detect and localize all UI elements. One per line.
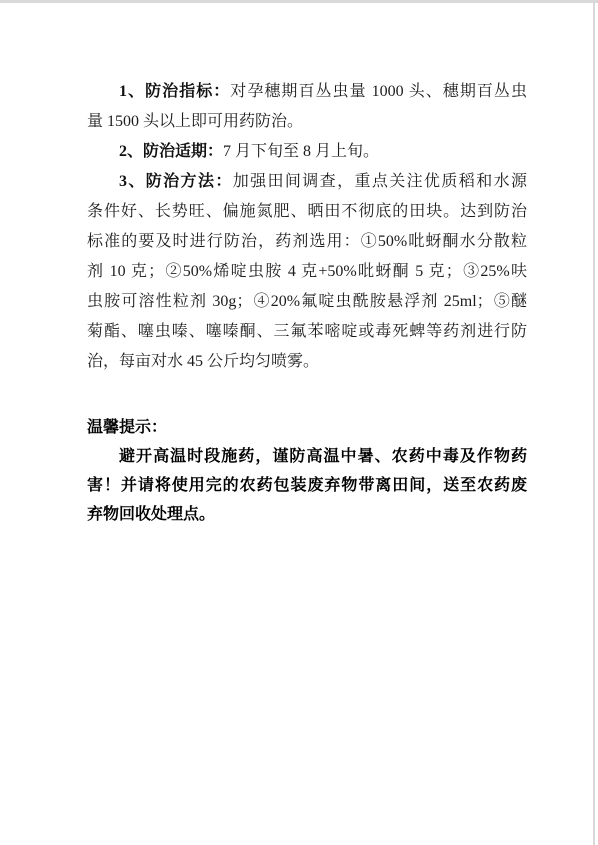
text-line: 弃物回收处理点。 bbox=[87, 500, 527, 529]
tips-body: 避开高温时段施药，谨防高温中暑、农药中毒及作物药害！并请将使用完的农药包装废弃物… bbox=[87, 442, 527, 529]
body-paragraphs: 1、防治指标：对孕穗期百丛虫量 1000 头、穗期百丛虫量 1500 头以上即可… bbox=[87, 77, 527, 377]
text-line: 1、防治指标：对孕穗期百丛虫量 1000 头、穗期百丛虫 bbox=[87, 77, 527, 107]
text-line: 避开高温时段施药，谨防高温中暑、农药中毒及作物药 bbox=[87, 442, 527, 471]
paragraph-heading: 2、防治适期： bbox=[119, 143, 223, 160]
tips-title: 温馨提示： bbox=[87, 413, 527, 442]
document-content: 1、防治指标：对孕穗期百丛虫量 1000 头、穗期百丛虫量 1500 头以上即可… bbox=[87, 77, 527, 529]
paragraph-heading: 1、防治指标： bbox=[119, 83, 230, 100]
text-line: 菊酯、噻虫嗪、噻嗪酮、三氟苯嘧啶或毒死蜱等药剂进行防 bbox=[87, 317, 527, 347]
page-right-edge bbox=[593, 0, 595, 845]
text-line: 量 1500 头以上即可用药防治。 bbox=[87, 107, 527, 137]
text-line: 虫胺可溶性粒剂 30g；④20%氟啶虫酰胺悬浮剂 25ml；⑤醚 bbox=[87, 287, 527, 317]
text-line: 剂 10 克；②50%烯啶虫胺 4 克+50%吡蚜酮 5 克；③25%呋 bbox=[87, 257, 527, 287]
text-line: 条件好、长势旺、偏施氮肥、晒田不彻底的田块。达到防治 bbox=[87, 197, 527, 227]
paragraph-heading: 3、防治方法： bbox=[119, 173, 233, 190]
text-line: 2、防治适期：7 月下旬至 8 月上旬。 bbox=[87, 137, 527, 167]
text-line: 3、防治方法：加强田间调查，重点关注优质稻和水源 bbox=[87, 167, 527, 197]
text-line: 害！并请将使用完的农药包装废弃物带离田间，送至农药废 bbox=[87, 471, 527, 500]
document-page: 1、防治指标：对孕穗期百丛虫量 1000 头、穗期百丛虫量 1500 头以上即可… bbox=[0, 0, 598, 845]
text-line: 治，每亩对水 45 公斤均匀喷雾。 bbox=[87, 347, 527, 377]
page-top-edge bbox=[0, 0, 598, 3]
text-line: 标准的要及时进行防治，药剂选用：①50%吡蚜酮水分散粒 bbox=[87, 227, 527, 257]
tips-section: 温馨提示： 避开高温时段施药，谨防高温中暑、农药中毒及作物药害！并请将使用完的农… bbox=[87, 413, 527, 529]
